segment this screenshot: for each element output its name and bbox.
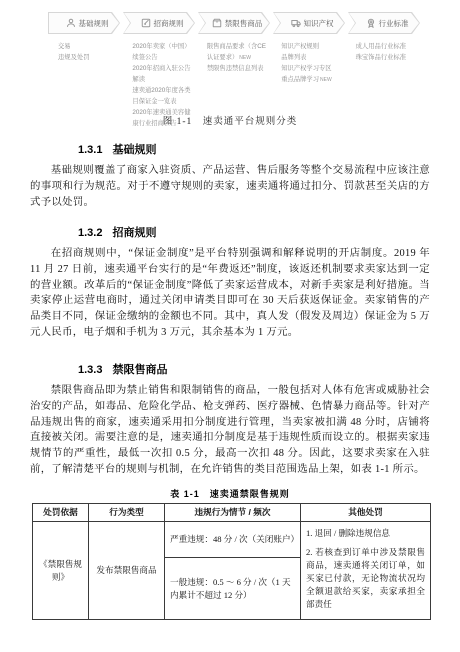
col-header-basis: 处罚依据 [33,504,89,522]
cell-basis: 《禁限售规则》 [33,522,89,620]
section-number: 1.3.1 [78,144,102,156]
cell-general-violation: 一般违规：0.5 ～ 6 分 / 次（1 天内累计不超过 12 分） [165,558,301,620]
figure-rule-categories: 基础规则 招商规则 禁限售商品 [48,12,420,129]
cell-other-penalties: 1. 退回 / 删除违规信息 2. 若核查到订单中涉及禁限售商品，速卖通将关闭订… [301,522,431,620]
category-tabs: 基础规则 招商规则 禁限售商品 [48,12,420,34]
category-link[interactable]: 禁限售违禁信息列表 [207,63,267,74]
badge-icon [366,18,376,28]
category-link[interactable]: 2020年招商入驻公告解读 [132,63,192,85]
section-heading: 1.3.1基础规则 [30,141,430,157]
col-header-other: 其他处罚 [301,504,431,522]
tab-label: 行业标准 [379,18,409,29]
category-link[interactable]: 交易 [58,41,118,52]
tab-industry-standards[interactable]: 行业标准 [348,12,420,34]
section-paragraph: 在招商规则中，“保证金制度”是平台特别强调和解释说明的开店制度。2019 年 1… [30,246,430,341]
new-badge: NEW [320,77,332,83]
tab-label: 知识产权 [304,18,334,29]
tab-merchant-rules[interactable]: 招商规则 [123,12,195,34]
category-link[interactable]: 违规及处罚 [58,52,118,63]
section-paragraph: 基础规则覆盖了商家入驻资质、产品运营、售后服务等整个交易流程中应该注意的事项和行… [30,163,430,210]
figure-caption: 图 1-1 速卖通平台规则分类 [0,113,460,127]
tab-label: 基础规则 [79,18,109,29]
table-row: 《禁限售规则》 发布禁限售商品 严重违规：48 分 / 次（关闭账户） 1. 退… [33,522,431,558]
new-badge: NEW [239,55,251,61]
category-link[interactable]: 限售商品要求（含CE认证要求）NEW [207,41,267,63]
section-heading: 1.3.2招商规则 [30,224,430,240]
category-link[interactable]: 重点品牌学习NEW [281,74,341,85]
table-header-row: 处罚依据 行为类型 违规行为情节 / 频次 其他处罚 [33,504,431,522]
section-merchant-rules: 1.3.2招商规则 在招商规则中，“保证金制度”是平台特别强调和解释说明的开店制… [30,224,430,341]
section-prohibited-goods: 1.3.3禁限售商品 禁限售商品即为禁止销售和限制销售的商品，一般包括对人体有危… [30,361,430,478]
tab-label: 禁限售商品 [225,18,263,29]
col-header-violation: 违规行为情节 / 频次 [165,504,301,522]
truck-icon [291,18,301,28]
section-number: 1.3.2 [78,227,102,239]
cell-severe-violation: 严重违规：48 分 / 次（关闭账户） [165,522,301,558]
edit-document-icon [141,18,151,28]
person-icon [66,18,76,28]
section-heading: 1.3.3禁限售商品 [30,361,430,377]
category-link[interactable]: 品牌列表 [281,52,341,63]
cell-behavior: 发布禁限售商品 [89,522,165,620]
package-icon [212,18,222,28]
category-link[interactable]: 2020年卖家（中国）续签公告 [132,41,192,63]
category-link[interactable]: 成人用品行业标准 [356,41,416,52]
other-penalty-item: 2. 若核查到订单中涉及禁限售商品，速卖通将关闭订单，如买家已付款，无论物流状况… [306,546,425,611]
section-title: 禁限售商品 [112,364,167,376]
tab-label: 招商规则 [154,18,184,29]
table-caption: 表 1-1 速卖通禁限售规则 [0,487,460,500]
tab-intellectual-property[interactable]: 知识产权 [273,12,345,34]
document-page: 基础规则 招商规则 禁限售商品 [0,0,460,652]
section-basic-rules: 1.3.1基础规则 基础规则覆盖了商家入驻资质、产品运营、售后服务等整个交易流程… [30,141,430,210]
col-header-behavior: 行为类型 [89,504,165,522]
tab-prohibited-goods[interactable]: 禁限售商品 [198,12,270,34]
other-penalty-item: 1. 退回 / 删除违规信息 [306,527,425,540]
category-link[interactable]: 珠宝饰品行业标准 [356,52,416,63]
section-paragraph: 禁限售商品即为禁止销售和限制销售的商品，一般包括对人体有危害或威胁社会治安的产品… [30,383,430,478]
section-title: 招商规则 [112,227,156,239]
category-link[interactable]: 知识产权规则 [281,41,341,52]
category-link[interactable]: 知识产权学习专区 [281,63,341,74]
prohibited-rules-table: 处罚依据 行为类型 违规行为情节 / 频次 其他处罚 《禁限售规则》 发布禁限售… [32,503,431,620]
category-link[interactable]: 速卖通2020年度各类目保证金一览表 [132,85,192,107]
section-title: 基础规则 [112,144,156,156]
tab-basic-rules[interactable]: 基础规则 [48,12,120,34]
section-number: 1.3.3 [78,364,102,376]
